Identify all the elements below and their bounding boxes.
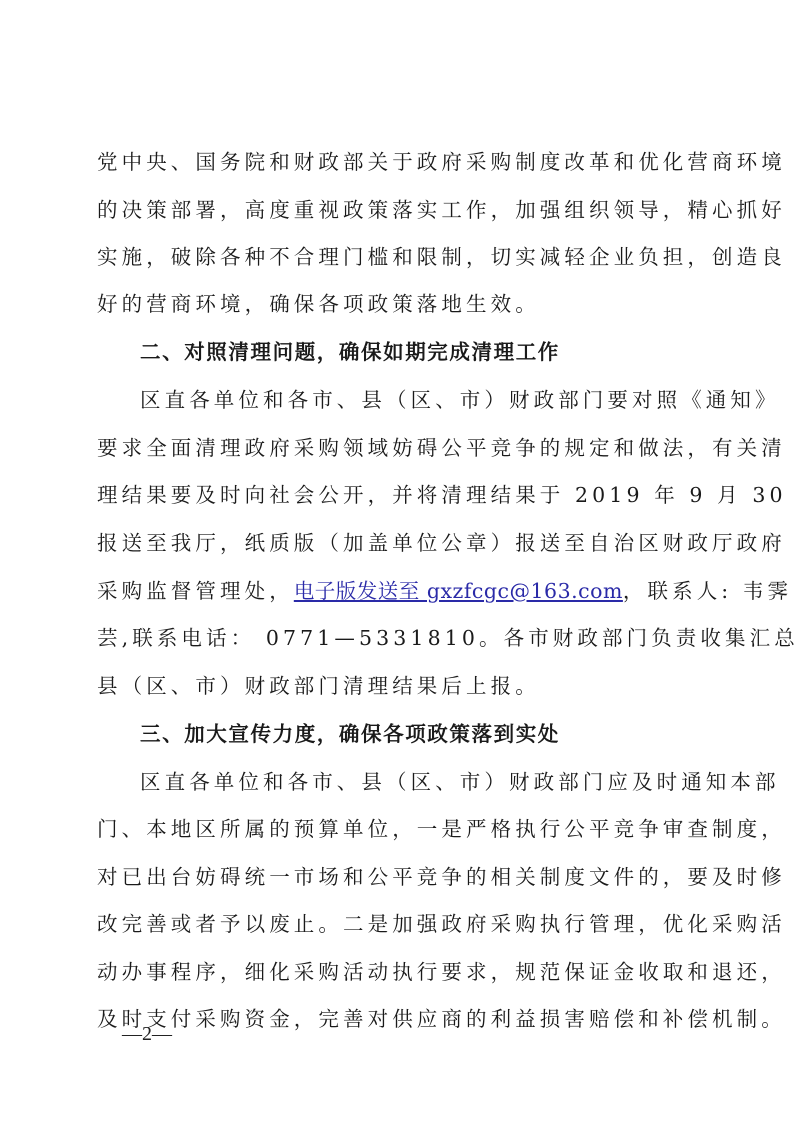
paragraph-line: 好的营商环境，确保各项政策落地生效。 [97, 290, 709, 318]
paragraph-line: 对已出台妨碍统一市场和公平竞争的相关制度文件的，要及时修 [97, 863, 709, 891]
paragraph-line: 县（区、市）财政部门清理结果后上报。 [97, 672, 709, 700]
paragraph-line: 实施，破除各种不合理门槛和限制，切实减轻企业负担，创造良 [97, 243, 709, 271]
paragraph-line: 的决策部署，高度重视政策落实工作，加强组织领导，精心抓好 [97, 196, 709, 224]
paragraph-line: 及时支付采购资金，完善对供应商的利益损害赔偿和补偿机制。 [97, 1005, 709, 1033]
page-number: —2— [122, 1023, 172, 1046]
paragraph-line: 动办事程序，细化采购活动执行要求，规范保证金收取和退还， [97, 958, 709, 986]
paragraph-line: 区直各单位和各市、县（区、市）财政部门应及时通知本部 [140, 768, 752, 796]
paragraph-line: 区直各单位和各市、县（区、市）财政部门要对照《通知》 [140, 386, 752, 414]
paragraph-line: 改完善或者予以废止。二是加强政府采购执行管理，优化采购活 [97, 910, 709, 938]
paragraph-line: 要求全面清理政府采购领域妨碍公平竞争的规定和做法，有关清 [97, 434, 709, 462]
line-prefix: 采购监督管理处， [97, 579, 294, 603]
section-heading-3: 三、加大宣传力度，确保各项政策落到实处 [140, 720, 752, 748]
paragraph-line: 采购监督管理处，电子版发送至 gxzfcgc@163.com，联系人: 韦霁 [97, 577, 709, 605]
email-link[interactable]: 电子版发送至 gxzfcgc@163.com [294, 579, 623, 603]
line-suffix: ，联系人: 韦霁 [623, 579, 792, 603]
section-heading-2: 二、对照清理问题，确保如期完成清理工作 [140, 338, 752, 366]
paragraph-line: 门、本地区所属的预算单位，一是严格执行公平竞争审查制度， [97, 815, 709, 843]
paragraph-line: 报送至我厅，纸质版（加盖单位公章）报送至自治区财政厅政府 [97, 529, 709, 557]
paragraph-line: 理结果要及时向社会公开，并将清理结果于 2019 年 9 月 30 日前 [97, 481, 709, 509]
paragraph-line: 芸,联系电话： 0771—5331810。各市财政部门负责收集汇总所辖 [97, 624, 709, 652]
paragraph-line: 党中央、国务院和财政部关于政府采购制度改革和优化营商环境 [97, 148, 709, 176]
